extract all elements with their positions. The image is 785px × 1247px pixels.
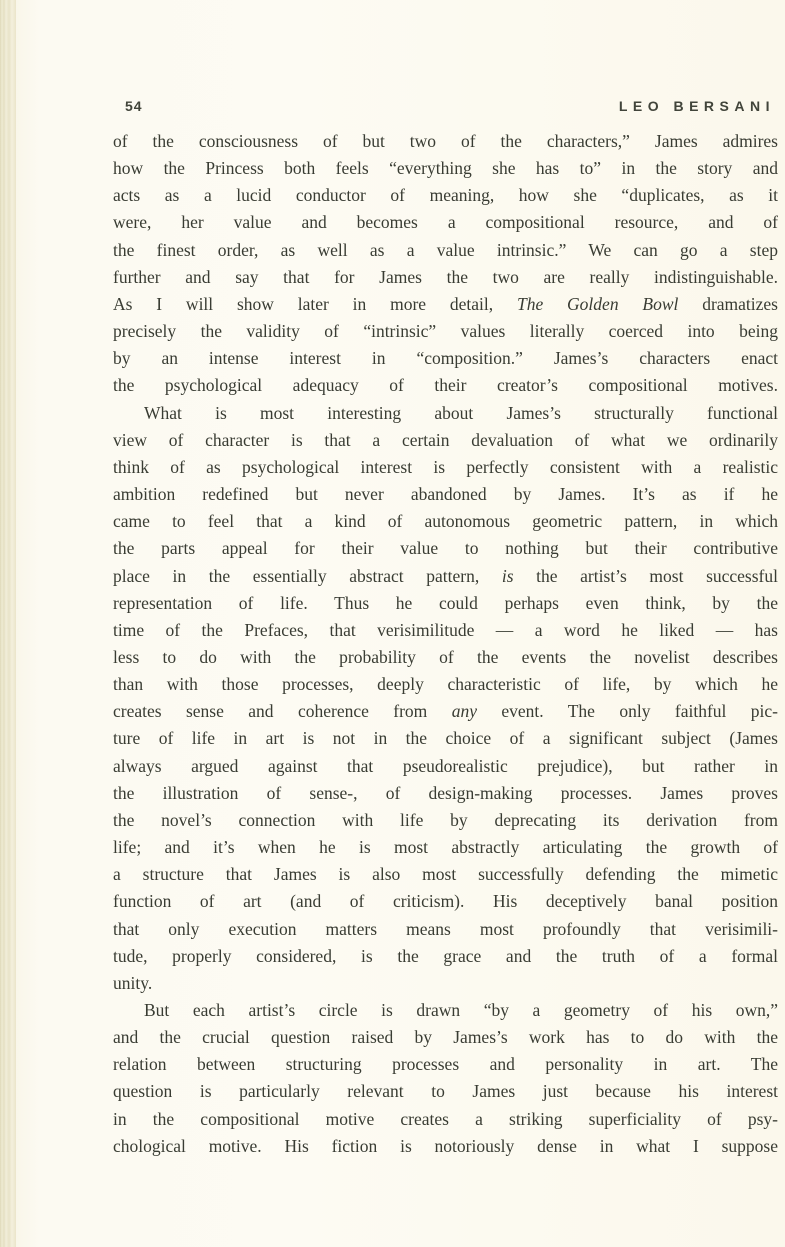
text-line: precisely the validity of “intrinsic” va…	[113, 318, 778, 345]
text-line: think of as psychological interest is pe…	[113, 454, 778, 481]
text-line: time of the Prefaces, that verisimilitud…	[113, 617, 778, 644]
text-line: question is particularly relevant to Jam…	[113, 1078, 778, 1105]
book-page: 54 LEO BERSANI of the consciousness of b…	[0, 0, 785, 1247]
text-line: the parts appeal for their value to noth…	[113, 535, 778, 562]
text-line: than with those processes, deeply charac…	[113, 671, 778, 698]
text-line: a structure that James is also most succ…	[113, 861, 778, 888]
text-line: by an intense interest in “composition.”…	[113, 345, 778, 372]
text-line: place in the essentially abstract patter…	[113, 563, 778, 590]
text-line: acts as a lucid conductor of meaning, ho…	[113, 182, 778, 209]
text-line: were, her value and becomes a compositio…	[113, 209, 778, 236]
paragraph: of the consciousness of but two of the c…	[113, 128, 778, 400]
text-line: the novel’s connection with life by depr…	[113, 807, 778, 834]
text-line: As I will show later in more detail, The…	[113, 291, 778, 318]
text-line: chological motive. His fiction is notori…	[113, 1133, 778, 1160]
text-line: view of character is that a certain deva…	[113, 427, 778, 454]
text-line: unity.	[113, 970, 778, 997]
text-line: how the Princess both feels “everything …	[113, 155, 778, 182]
text-line: in the compositional motive creates a st…	[113, 1106, 778, 1133]
text-line: ambition redefined but never abandoned b…	[113, 481, 778, 508]
text-line: came to feel that a kind of autonomous g…	[113, 508, 778, 535]
text-line: the psychological adequacy of their crea…	[113, 372, 778, 399]
text-line: the finest order, as well as a value int…	[113, 237, 778, 264]
text-line: the illustration of sense-, of design-ma…	[113, 780, 778, 807]
running-head-author: LEO BERSANI	[619, 98, 775, 114]
paragraph: What is most interesting about James’s s…	[113, 400, 778, 997]
text-line: and the crucial question raised by James…	[113, 1024, 778, 1051]
text-line: further and say that for James the two a…	[113, 264, 778, 291]
text-line: tude, properly considered, is the grace …	[113, 943, 778, 970]
text-line: of the consciousness of but two of the c…	[113, 128, 778, 155]
page-number: 54	[125, 98, 143, 114]
paragraph: But each artist’s circle is drawn “by a …	[113, 997, 778, 1160]
text-line: creates sense and coherence from any eve…	[113, 698, 778, 725]
text-line: But each artist’s circle is drawn “by a …	[113, 997, 778, 1024]
text-line: What is most interesting about James’s s…	[113, 400, 778, 427]
text-line: life; and it’s when he is most abstractl…	[113, 834, 778, 861]
body-text: of the consciousness of but two of the c…	[113, 128, 778, 1160]
binding-edge-strip	[0, 0, 16, 1247]
text-line: relation between structuring processes a…	[113, 1051, 778, 1078]
text-line: representation of life. Thus he could pe…	[113, 590, 778, 617]
text-line: function of art (and of criticism). His …	[113, 888, 778, 915]
page-header: 54 LEO BERSANI	[113, 98, 775, 114]
text-line: ture of life in art is not in the choice…	[113, 725, 778, 752]
text-line: less to do with the probability of the e…	[113, 644, 778, 671]
text-line: that only execution matters means most p…	[113, 916, 778, 943]
text-line: always argued against that pseudorealist…	[113, 753, 778, 780]
